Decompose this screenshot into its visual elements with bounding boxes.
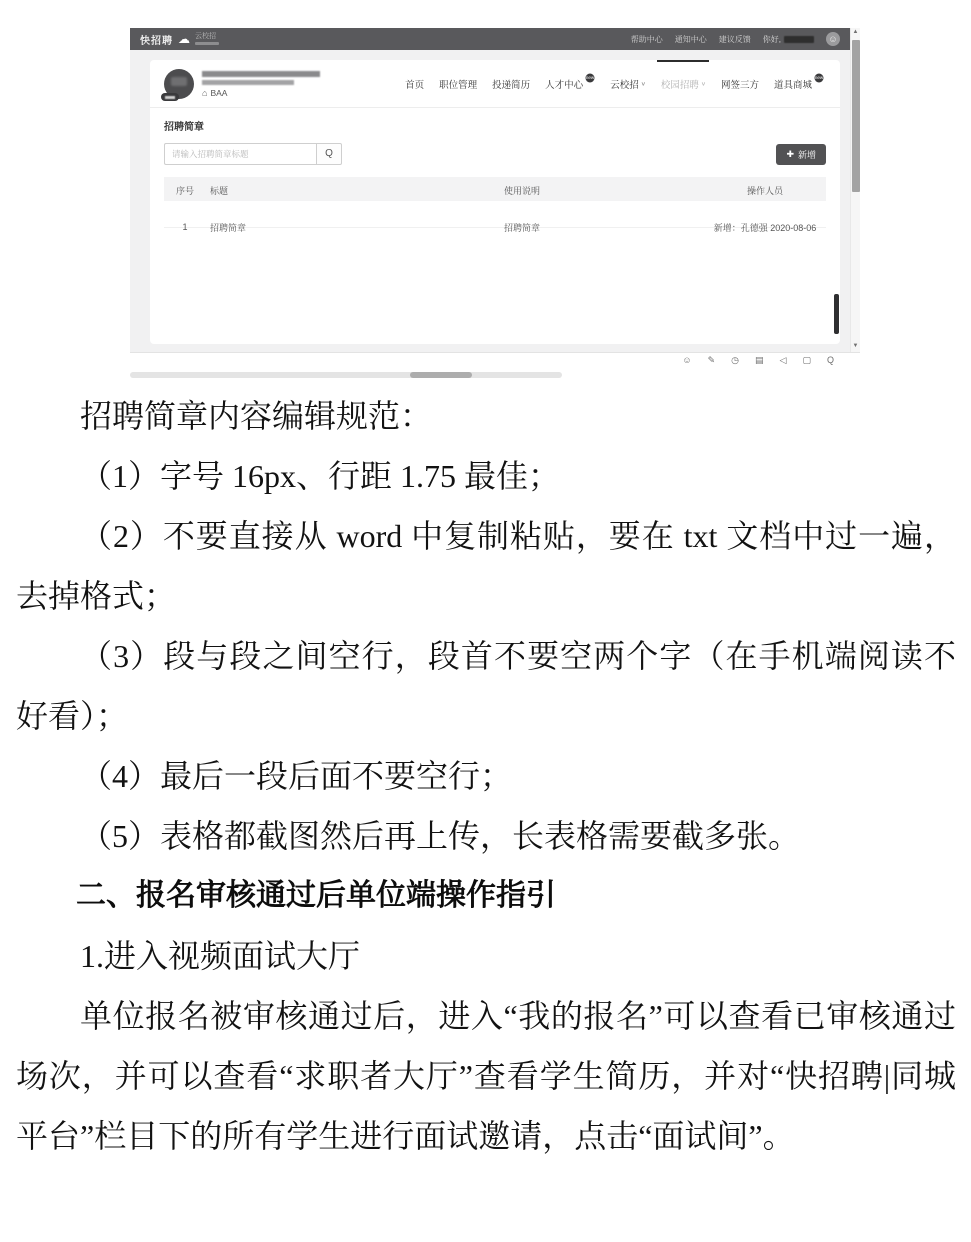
company-name-redacted [202,71,320,77]
chevron-down-icon: ∨ [641,81,646,87]
search-input[interactable] [164,143,316,165]
add-button-label: 新增 [798,148,816,161]
help-center-link[interactable]: 帮助中心 [631,34,663,45]
nav-item-prop-mall[interactable]: 道具商城 new [774,77,824,91]
nav-item-talent-center[interactable]: 人才中心 new [545,77,595,91]
logo-text: 快招聘 [140,32,173,47]
embedded-screenshot: 快招聘 ☁ 云校招 帮助中心 通知中心 建议反馈 你好, ☺ [130,28,860,380]
logo-secondary-text: 云校招 [195,33,219,41]
card-content: 招聘简章 Q ✚ 新增 序号 [150,108,840,228]
add-button[interactable]: ✚ 新增 [776,144,826,165]
row-usage: 招聘简章 [498,221,670,234]
doc-paragraph: 1.进入视频面试大厅 [16,926,956,986]
nav-item-campus-recruit[interactable]: 校园招聘 ∨ [661,77,706,91]
doc-paragraph: （1）字号 16px、行距 1.75 最佳； [16,446,956,506]
scrollbar-thumb[interactable] [852,40,860,192]
scroll-down-icon[interactable]: ▼ [853,342,859,352]
doc-paragraph: （3）段与段之间空行，段首不要空两个字（在手机端阅读不好看）； [16,626,956,746]
document-text: 招聘简章内容编辑规范： （1）字号 16px、行距 1.75 最佳； （2）不要… [16,386,956,1166]
app-topbar: 快招聘 ☁ 云校招 帮助中心 通知中心 建议反馈 你好, ☺ [130,28,850,50]
search-button[interactable]: Q [316,143,342,165]
company-subtitle-redacted [202,80,294,85]
active-tab-indicator [657,60,709,62]
window-icon[interactable]: ▢ [802,356,811,365]
app-logo: 快招聘 ☁ 云校招 [140,32,219,47]
doc-paragraph: （4）最后一段后面不要空行； [16,746,956,806]
nav-item-job-management[interactable]: 职位管理 [439,77,477,91]
pen-icon[interactable]: ✎ [708,356,716,365]
new-badge: new [586,74,595,83]
page-title: 招聘简章 [164,118,826,133]
nav-item-cloud-recruit[interactable]: 云校招 ∨ [610,77,646,91]
main-nav: 首页 职位管理 投递简历 人才中心 new 云校招 ∨ [405,77,824,91]
clock-icon[interactable]: ◷ [731,356,739,365]
topbar-links: 帮助中心 通知中心 建议反馈 你好, ☺ [631,32,840,46]
col-usage: 使用说明 [498,184,670,197]
user-greeting: 你好, [763,34,814,45]
greeting-text: 你好, [763,34,781,45]
notice-table: 序号 标题 使用说明 操作人员 操作 1 招聘简章 招聘简章 新增：孔德强 20… [164,177,826,228]
company-label: BAA [210,88,227,98]
nav-item-resume-delivery[interactable]: 投递简历 [492,77,530,91]
col-operator: 操作人员 [670,184,860,197]
cloud-icon: ☁ [178,33,190,45]
zoom-icon[interactable]: Q [827,356,834,365]
company-avatar[interactable] [164,69,194,99]
new-badge: new [815,74,824,83]
doc-paragraph: （2）不要直接从 word 中复制粘贴，要在 txt 文档中过一遍，去掉格式； [16,506,956,626]
company-info: ⌂ BAA [164,69,320,99]
user-avatar[interactable]: ☺ [826,32,840,46]
doc-paragraph: 招聘简章内容编辑规范： [16,386,956,446]
note-icon[interactable]: ▤ [755,356,764,365]
table-header-row: 序号 标题 使用说明 操作人员 操作 [164,177,826,201]
plus-icon: ✚ [786,150,794,159]
scroll-up-icon[interactable]: ▲ [853,28,859,38]
company-header: ⌂ BAA 首页 职位管理 投递简历 人才中心 new [150,60,840,108]
row-title: 招聘简章 [206,221,498,234]
col-title: 标题 [206,184,498,197]
app-body: ⌂ BAA 首页 职位管理 投递简历 人才中心 new [130,60,850,362]
table-row: 1 招聘简章 招聘简章 新增：孔德强 2020-08-06 修改 删除 [164,201,826,228]
vertical-scrollbar[interactable]: ▲ ▼ [850,28,860,352]
notice-center-link[interactable]: 通知中心 [675,34,707,45]
searchbox: Q [164,143,342,165]
logo-secondary: 云校招 [195,33,219,45]
speaker-icon[interactable]: ◁ [780,356,787,365]
app-window: 快招聘 ☁ 云校招 帮助中心 通知中心 建议反馈 你好, ☺ [130,28,860,368]
doc-paragraph: （5）表格都截图然后再上传，长表格需要截多张。 [16,806,956,866]
vip-badge [161,93,179,101]
user-name-redacted [784,36,814,43]
doc-section-heading: 二、报名审核通过后单位端操作指引 [16,866,956,926]
viewer-statusbar: ☺ ✎ ◷ ▤ ◁ ▢ Q [130,352,860,368]
search-icon: Q [325,148,333,159]
main-card: ⌂ BAA 首页 职位管理 投递简历 人才中心 new [150,60,840,344]
side-handle[interactable] [834,294,839,334]
company-type-icon: ⌂ [202,88,207,98]
row-index: 1 [164,222,206,232]
chevron-down-icon: ∨ [701,81,706,87]
toolbar-row: Q ✚ 新增 [164,143,826,165]
emoji-icon[interactable]: ☺ [682,356,691,365]
nav-item-home[interactable]: 首页 [405,77,424,91]
nav-item-tripartite[interactable]: 网签三方 [721,77,759,91]
horizontal-scrollbar[interactable] [130,372,562,378]
col-index: 序号 [164,184,206,197]
doc-paragraph: 单位报名被审核通过后，进入“我的报名”可以查看已审核通过场次，并可以查看“求职者… [16,986,956,1166]
feedback-link[interactable]: 建议反馈 [719,34,751,45]
logo-tagline-redacted [195,42,219,45]
row-operator: 新增：孔德强 2020-08-06 [670,221,860,234]
horizontal-scrollbar-thumb[interactable] [410,372,472,378]
